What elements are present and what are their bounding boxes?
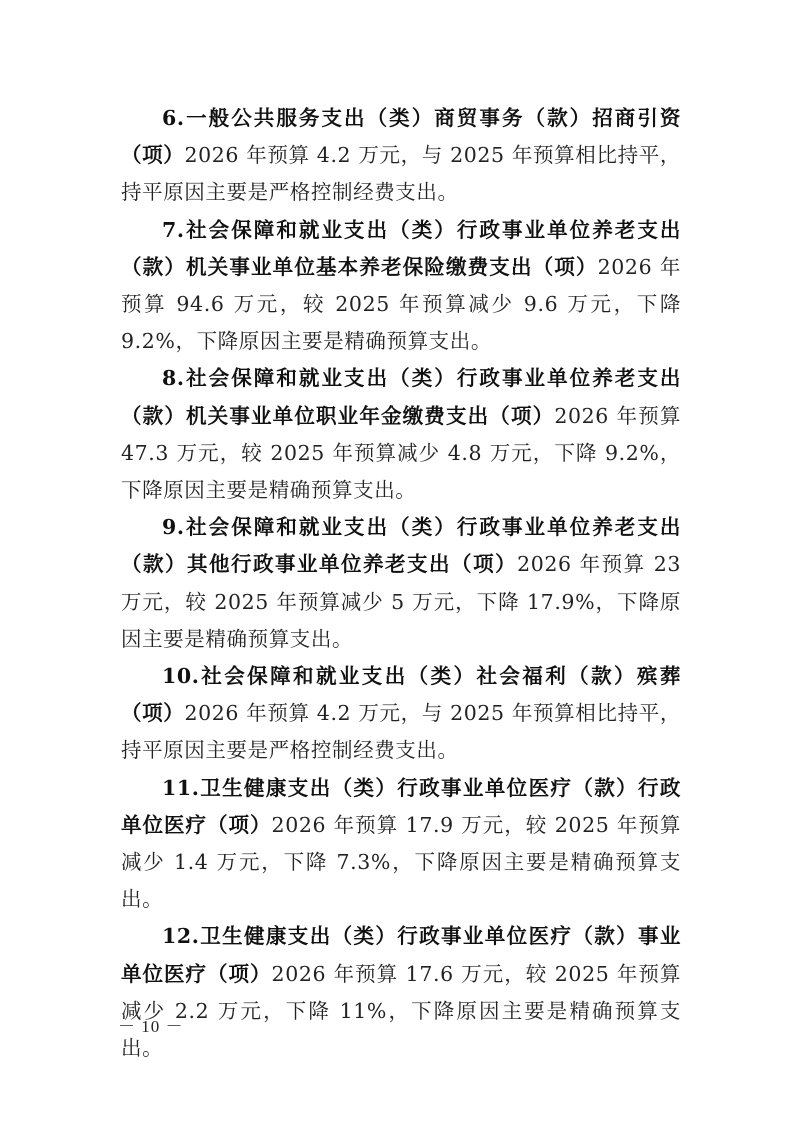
item-body: 2026 年预算 4.2 万元，与 2025 年预算相比持平，持平原因主要是严格… (121, 143, 681, 204)
page-number: － 10 － (118, 1012, 184, 1037)
budget-item-8: 8.社会保障和就业支出（类）行政事业单位养老支出（款）机关事业单位职业年金缴费支… (121, 360, 681, 509)
document-page: 6.一般公共服务支出（类）商贸事务（款）招商引资（项）2026 年预算 4.2 … (121, 100, 681, 1067)
budget-item-7: 7.社会保障和就业支出（类）行政事业单位养老支出（款）机关事业单位基本养老保险缴… (121, 212, 681, 361)
budget-item-10: 10.社会保障和就业支出（类）社会福利（款）殡葬（项）2026 年预算 4.2 … (121, 658, 681, 770)
budget-item-11: 11.卫生健康支出（类）行政事业单位医疗（款）行政单位医疗（项）2026 年预算… (121, 770, 681, 919)
item-body: 2026 年预算 4.2 万元，与 2025 年预算相比持平，持平原因主要是严格… (121, 701, 681, 762)
budget-item-12: 12.卫生健康支出（类）行政事业单位医疗（款）事业单位医疗（项）2026 年预算… (121, 918, 681, 1067)
budget-item-9: 9.社会保障和就业支出（类）行政事业单位养老支出（款）其他行政事业单位养老支出（… (121, 509, 681, 658)
budget-item-6: 6.一般公共服务支出（类）商贸事务（款）招商引资（项）2026 年预算 4.2 … (121, 100, 681, 212)
